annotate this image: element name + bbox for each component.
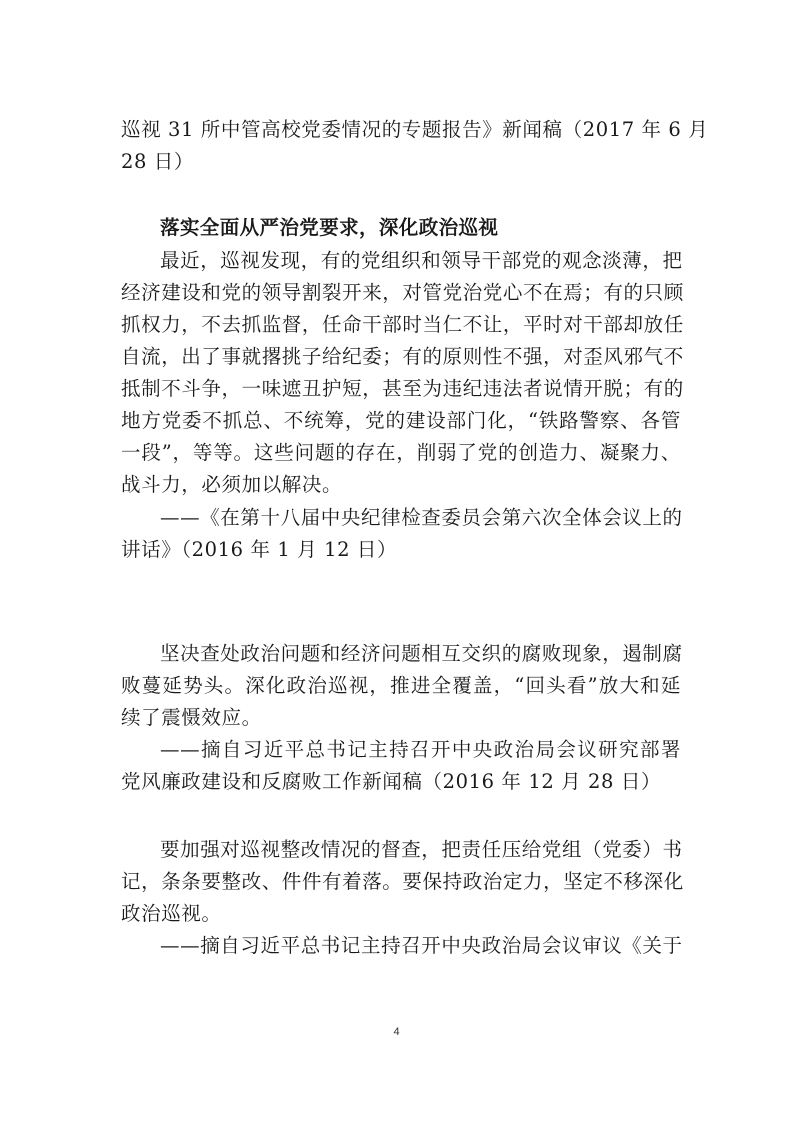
paragraph-line: 自流，出了事就撂挑子给纪委；有的原则性不强，对歪风邪气不	[121, 345, 681, 369]
section-heading: 落实全面从严治党要求，深化政治巡视	[160, 216, 681, 240]
paragraph-line: 要加强对巡视整改情况的督查，把责任压给党组（党委）书	[160, 838, 681, 862]
citation-line: 党风廉政建设和反腐败工作新闻稿（2016 年 12 月 28 日）	[121, 770, 681, 794]
paragraph-line: 记，条条要整改、件件有着落。要保持政治定力，坚定不移深化	[121, 870, 681, 894]
page-number: 4	[0, 1026, 793, 1038]
citation-line: ——《在第十八届中央纪律检查委员会第六次全体会议上的	[160, 506, 681, 530]
paragraph-line: 地方党委不抓总、不统筹，党的建设部门化，“铁路警察、各管	[121, 409, 681, 433]
paragraph-line: 坚决查处政治问题和经济问题相互交织的腐败现象，遏制腐	[160, 642, 681, 666]
citation-line: ——摘自习近平总书记主持召开中央政治局会议审议《关于	[160, 934, 681, 958]
paragraph-line: 经济建设和党的领导割裂开来，对管党治党心不在焉；有的只顾	[121, 281, 681, 305]
paragraph-line: 败蔓延势头。深化政治巡视，推进全覆盖，“回头看”放大和延	[121, 674, 681, 698]
citation-line: 巡视 31 所中管高校党委情况的专题报告》新闻稿（2017 年 6 月	[121, 118, 681, 142]
citation-line: 28 日）	[121, 150, 681, 174]
paragraph-line: 抓权力，不去抓监督，任命干部时当仁不让，平时对干部却放任	[121, 313, 681, 337]
citation-line: ——摘自习近平总书记主持召开中央政治局会议研究部署	[160, 738, 681, 762]
paragraph-line: 抵制不斗争，一味遮丑护短，甚至为违纪违法者说情开脱；有的	[121, 377, 681, 401]
paragraph-line: 最近，巡视发现，有的党组织和领导干部党的观念淡薄，把	[160, 249, 681, 273]
paragraph-line: 战斗力，必须加以解决。	[121, 473, 681, 497]
citation-line: 讲话》（2016 年 1 月 12 日）	[121, 538, 681, 562]
paragraph-line: 一段”，等等。这些问题的存在，削弱了党的创造力、凝聚力、	[121, 441, 681, 465]
paragraph-line: 政治巡视。	[121, 902, 681, 926]
paragraph-line: 续了震慑效应。	[121, 706, 681, 730]
document-page: 巡视 31 所中管高校党委情况的专题报告》新闻稿（2017 年 6 月 28 日…	[0, 0, 793, 1122]
